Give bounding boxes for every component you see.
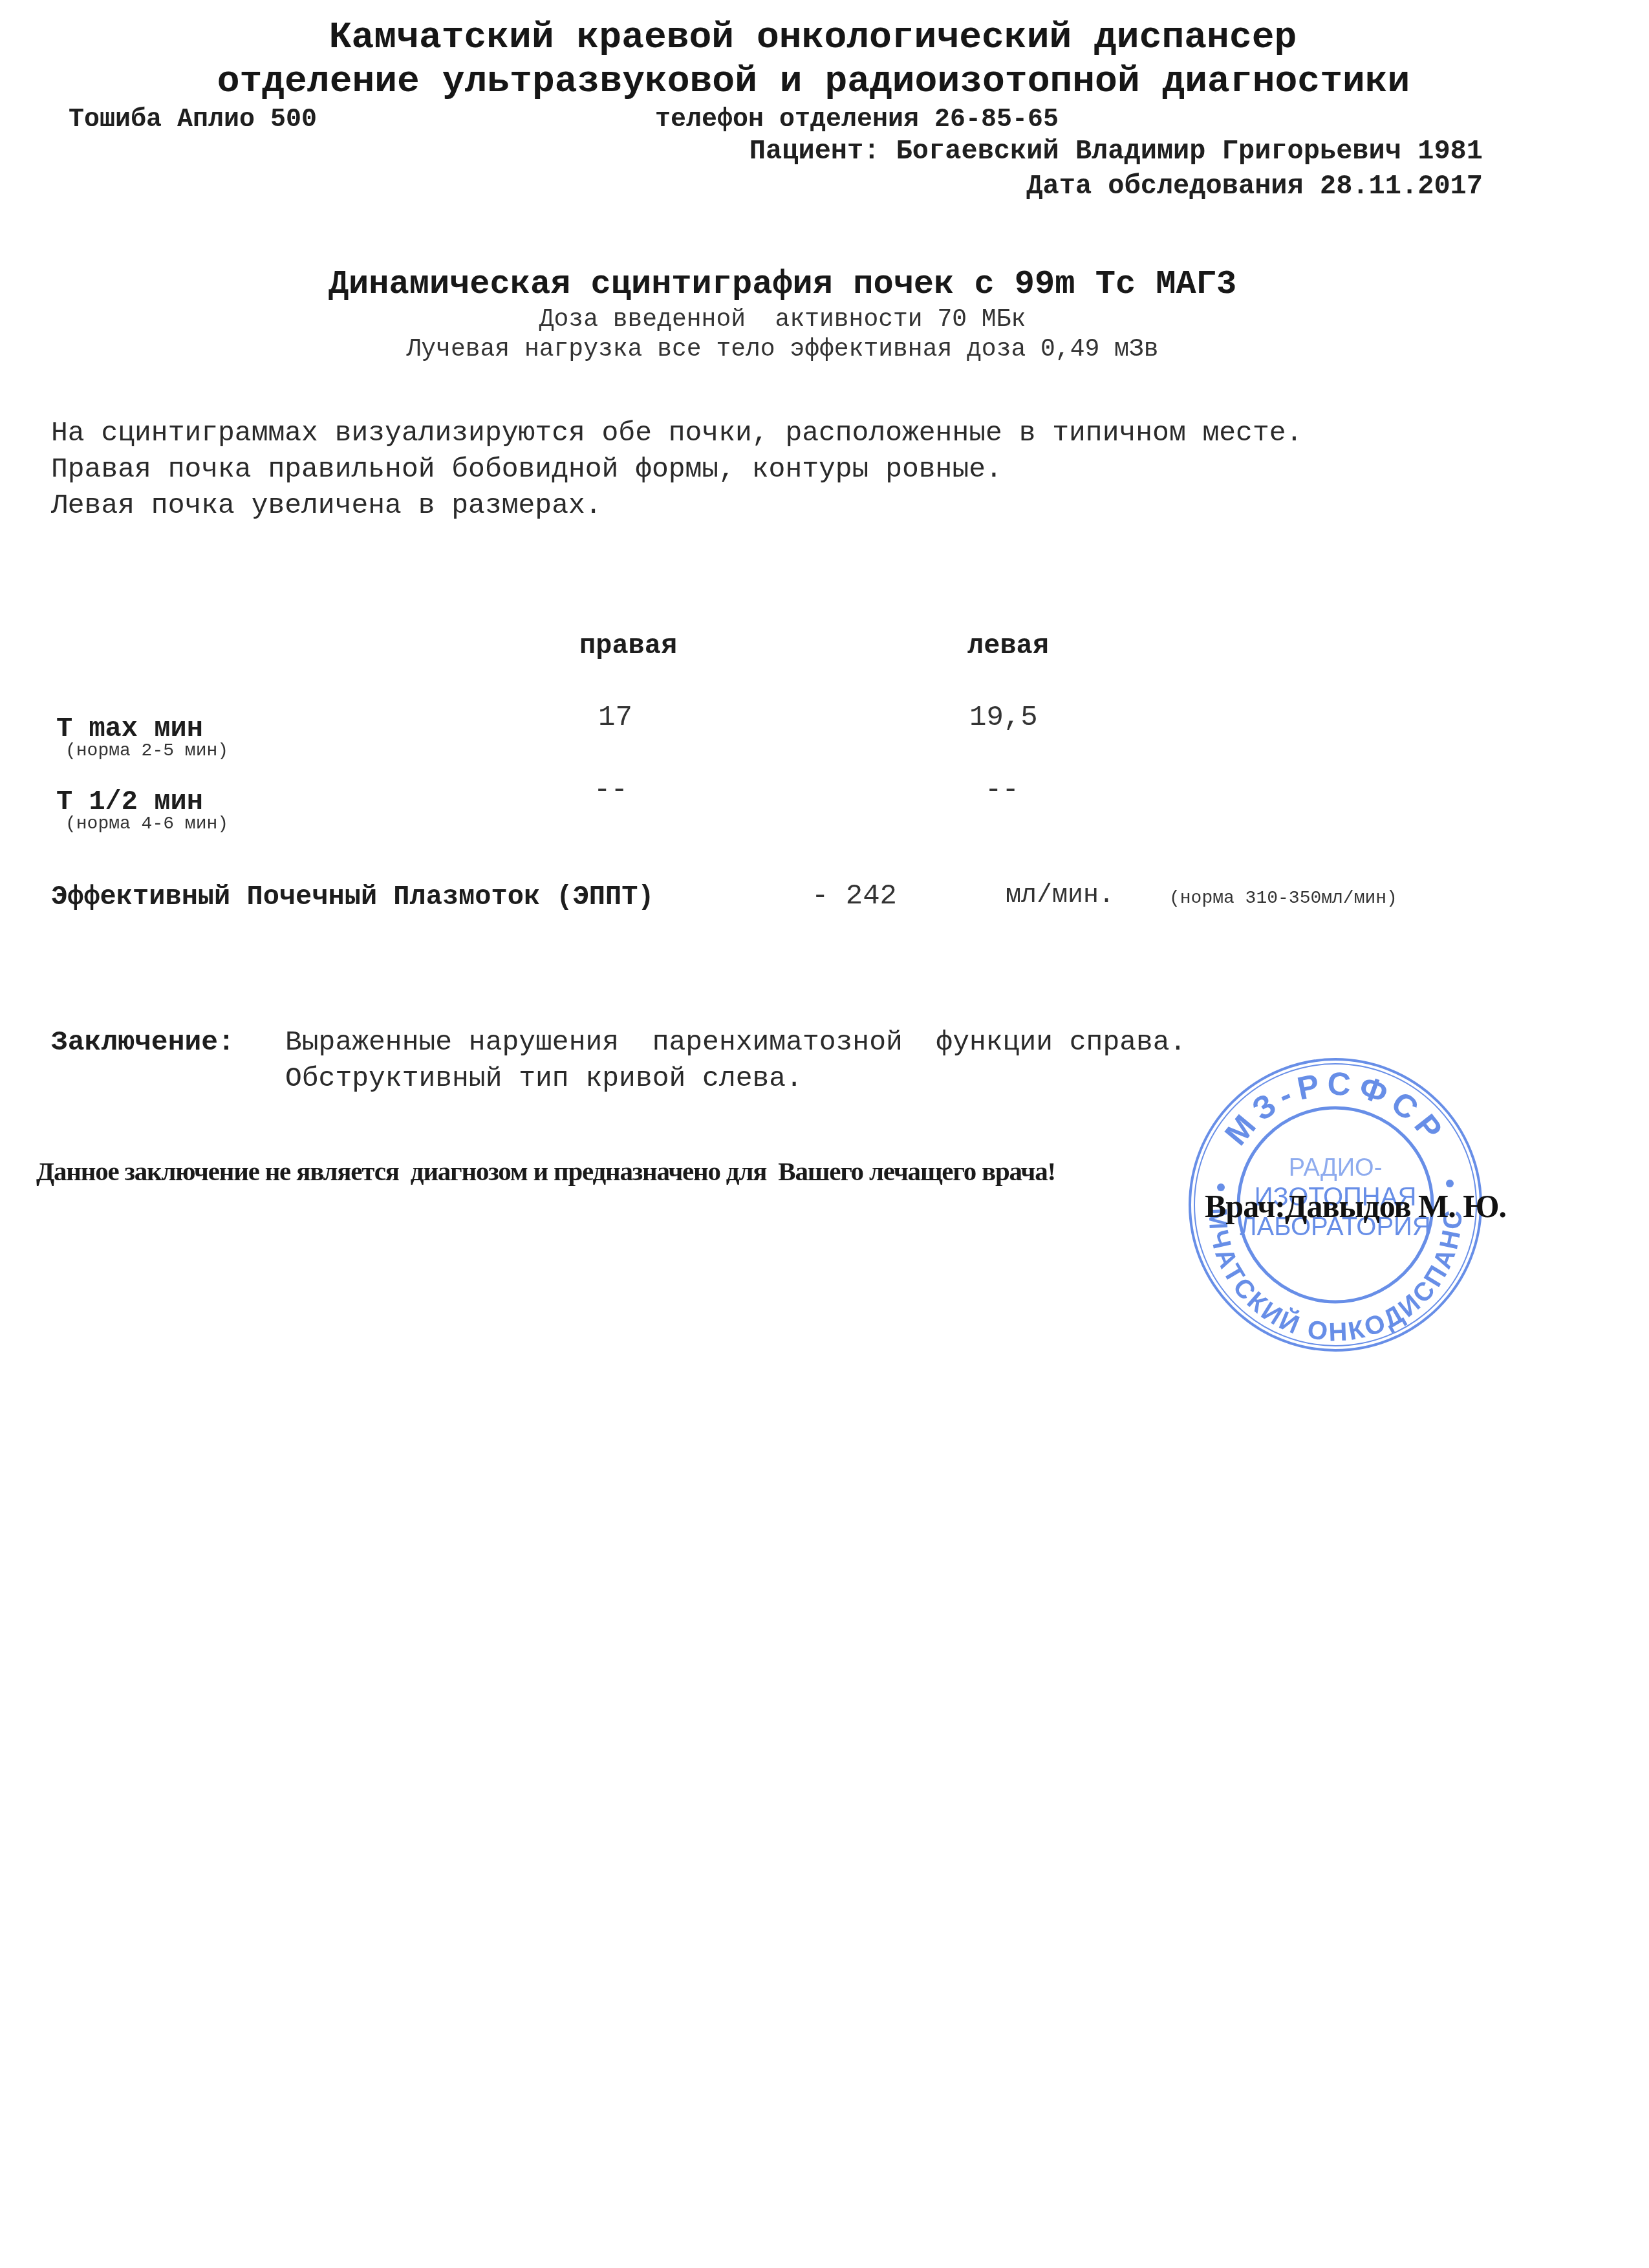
conclusion-line: Обструктивный тип кривой слева.: [285, 1064, 803, 1092]
tmax-right-value: 17: [598, 704, 632, 732]
table-row-thalf: T 1/2 мин (норма 4-6 мин): [51, 778, 228, 834]
thalf-right-value: --: [594, 776, 628, 805]
erpf-value: - 242: [812, 882, 897, 911]
conclusion-label: Заключение:: [51, 1028, 235, 1056]
institution-name: Камчатский краевой онкологический диспан…: [329, 19, 1297, 57]
row-norm: (норма 2-5 мин): [65, 741, 228, 761]
erpf-norm: (норма 310-350мл/мин): [1169, 890, 1397, 908]
exam-date: Дата обследования 28.11.2017: [1026, 173, 1483, 200]
finding-line: Правая почка правильной бобовидной формы…: [51, 455, 1002, 483]
device-label: Тошиба Аплио 500: [69, 107, 317, 133]
patient-info: Пациент: Богаевский Владимир Григорьевич…: [749, 138, 1483, 165]
thalf-left-value: --: [985, 776, 1019, 805]
disclaimer-note: Данное заключение не является диагнозом …: [36, 1158, 1055, 1185]
finding-line: Левая почка увеличена в размерах.: [51, 491, 602, 519]
department-name: отделение ультразвуковой и радиоизотопно…: [217, 63, 1410, 101]
dose-info: Доза введенной активности 70 МБк: [539, 308, 1026, 332]
svg-text:РАДИО-: РАДИО-: [1289, 1154, 1383, 1182]
row-norm: (норма 4-6 мин): [65, 814, 228, 834]
conclusion-line: Выраженные нарушения паренхиматозной фун…: [285, 1028, 1186, 1056]
study-title: Динамическая сцинтиграфия почек с 99m Tc…: [329, 268, 1236, 301]
table-row-tmax: T max мин (норма 2-5 мин): [51, 705, 228, 761]
radiation-load: Лучевая нагрузка все тело эффективная до…: [407, 338, 1159, 362]
row-label: T 1/2 мин: [56, 786, 203, 817]
tmax-left-value: 19,5: [969, 704, 1038, 732]
erpf-unit: мл/мин.: [1006, 883, 1114, 909]
department-phone: телефон отделения 26-85-65: [655, 107, 1059, 133]
erpf-label: Эффективный Почечный Плазмоток (ЭППТ): [51, 883, 654, 911]
column-header-left: левая: [967, 632, 1049, 660]
row-label: T max мин: [56, 713, 203, 744]
column-header-right: правая: [579, 632, 677, 660]
finding-line: На сцинтиграммах визуализируются обе поч…: [51, 419, 1302, 447]
doctor-signature: Врач:Давыдов М. Ю.: [1205, 1190, 1506, 1222]
